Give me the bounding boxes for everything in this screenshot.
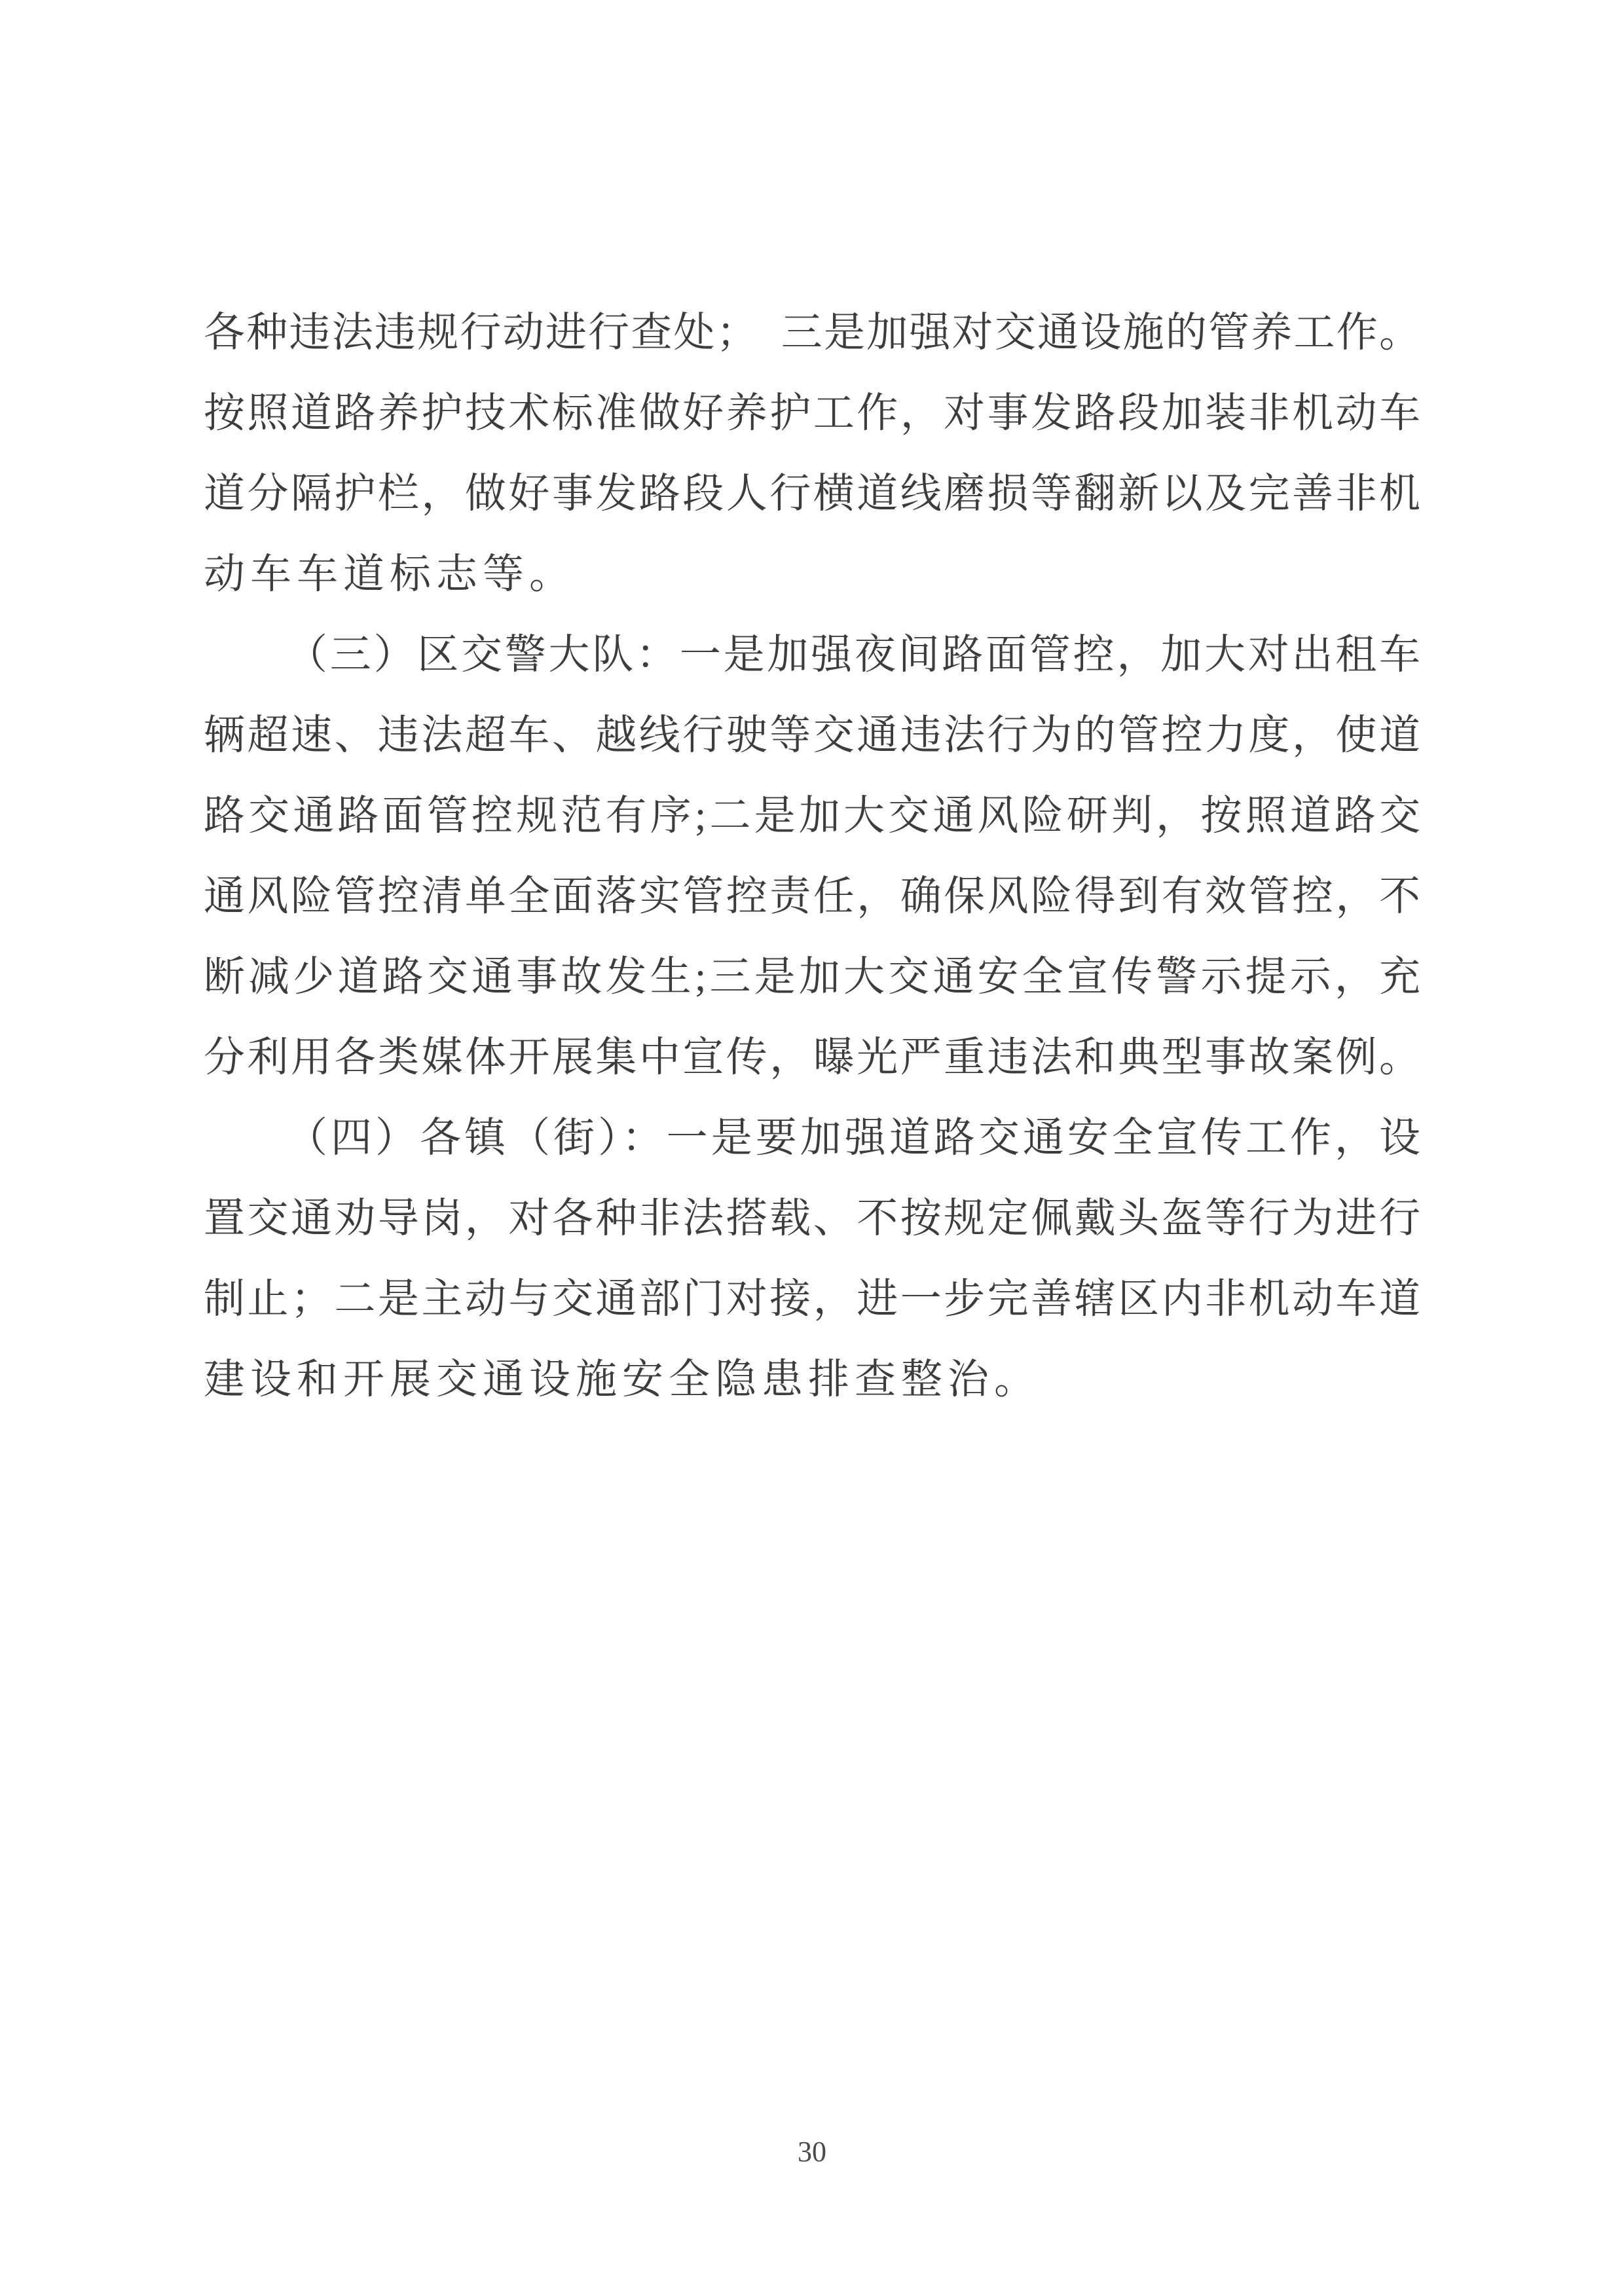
page-number: 30 <box>0 2131 1624 2173</box>
text-line: 断减少道路交通事故发生;三是加大交通安全宣传警示提示，充 <box>204 937 1420 1017</box>
text-line: 置交通劝导岗，对各种非法搭载、不按规定佩戴头盔等行为进行 <box>204 1178 1420 1259</box>
text-line: 各种违法违规行动进行查处； 三是加强对交通设施的管养工作。 <box>204 293 1420 373</box>
section-heading-line-4: （四）各镇（街）：一是要加强道路交通安全宣传工作，设 <box>204 1098 1420 1178</box>
text-line: 建设和开展交通设施安全隐患排查整治。 <box>204 1339 1420 1420</box>
text-line: 制止；二是主动与交通部门对接，进一步完善辖区内非机动车道 <box>204 1259 1420 1339</box>
text-line: 路交通路面管控规范有序;二是加大交通风险研判，按照道路交 <box>204 776 1420 856</box>
section-heading-line-3: （三）区交警大队：一是加强夜间路面管控，加大对出租车 <box>204 615 1420 695</box>
document-text-block: 各种违法违规行动进行查处； 三是加强对交通设施的管养工作。 按照道路养护技术标准… <box>204 293 1420 1420</box>
text-line: 分利用各类媒体开展集中宣传，曝光严重违法和典型事故案例。 <box>204 1017 1420 1098</box>
text-line: 按照道路养护技术标准做好养护工作，对事发路段加装非机动车 <box>204 373 1420 454</box>
text-line: 辆超速、违法超车、越线行驶等交通违法行为的管控力度，使道 <box>204 695 1420 776</box>
text-line: 动车车道标志等。 <box>204 534 1420 615</box>
text-line: 道分隔护栏，做好事发路段人行横道线磨损等翻新以及完善非机 <box>204 454 1420 534</box>
document-page: 各种违法违规行动进行查处； 三是加强对交通设施的管养工作。 按照道路养护技术标准… <box>0 0 1624 2296</box>
text-line: 通风险管控清单全面落实管控责任，确保风险得到有效管控，不 <box>204 856 1420 937</box>
